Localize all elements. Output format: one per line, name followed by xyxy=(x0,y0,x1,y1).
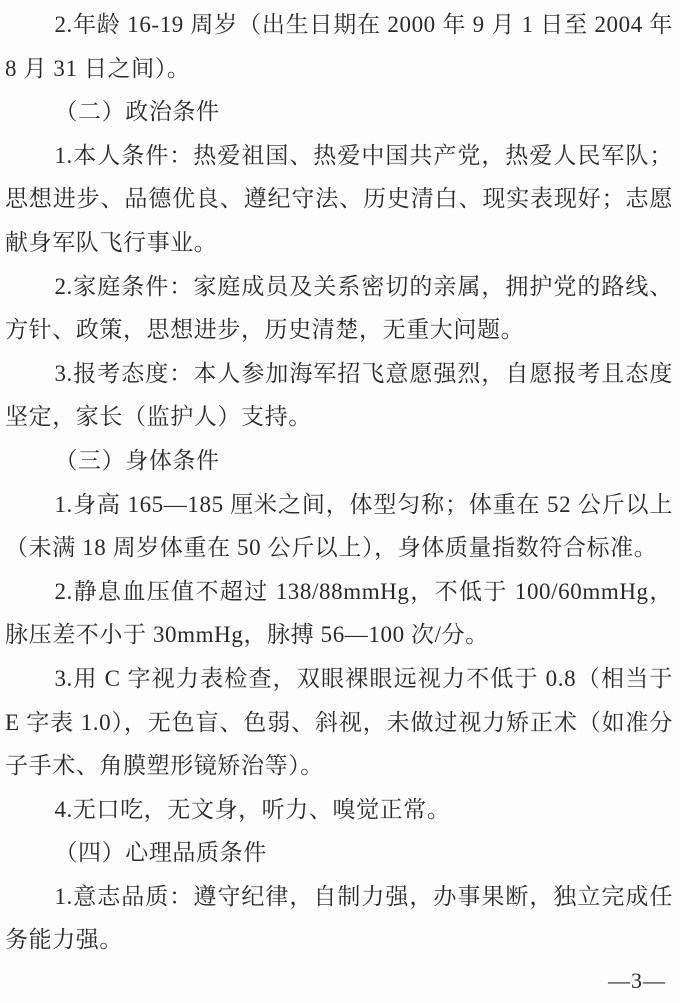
paragraph-willpower-quality: 1.意志品质：遵守纪律，自制力强，办事果断，独立完成任务能力强。 xyxy=(5,875,673,962)
paragraph-family-conditions: 2.家庭条件：家庭成员及关系密切的亲属，拥护党的路线、方针、政策，思想进步，历史… xyxy=(5,265,673,352)
paragraph-personal-conditions: 1.本人条件：热爱祖国、热爱中国共产党，热爱人民军队；思想进步、品德优良、遵纪守… xyxy=(5,134,673,265)
page-number: —3— xyxy=(608,968,666,994)
paragraph-age-requirement: 2.年龄 16-19 周岁（出生日期在 2000 年 9 月 1 日至 2004… xyxy=(5,3,673,90)
paragraph-application-attitude: 3.报考态度：本人参加海军招飞意愿强烈，自愿报考且态度坚定，家长（监护人）支持。 xyxy=(5,352,673,439)
document-page: 2.年龄 16-19 周岁（出生日期在 2000 年 9 月 1 日至 2004… xyxy=(0,0,680,1003)
paragraph-vision-requirement: 3.用 C 字视力表检查，双眼裸眼远视力不低于 0.8（相当于 E 字表 1.0… xyxy=(5,657,673,788)
section-heading-political-conditions: （二）政治条件 xyxy=(5,90,673,134)
paragraph-speech-hearing: 4.无口吃，无文身，听力、嗅觉正常。 xyxy=(5,788,673,832)
paragraph-height-weight: 1.身高 165—185 厘米之间，体型匀称；体重在 52 公斤以上（未满 18… xyxy=(5,483,673,570)
section-heading-psychological-conditions: （四）心理品质条件 xyxy=(5,831,673,875)
paragraph-blood-pressure: 2.静息血压值不超过 138/88mmHg，不低于 100/60mmHg，脉压差… xyxy=(5,570,673,657)
section-heading-physical-conditions: （三）身体条件 xyxy=(5,439,673,483)
